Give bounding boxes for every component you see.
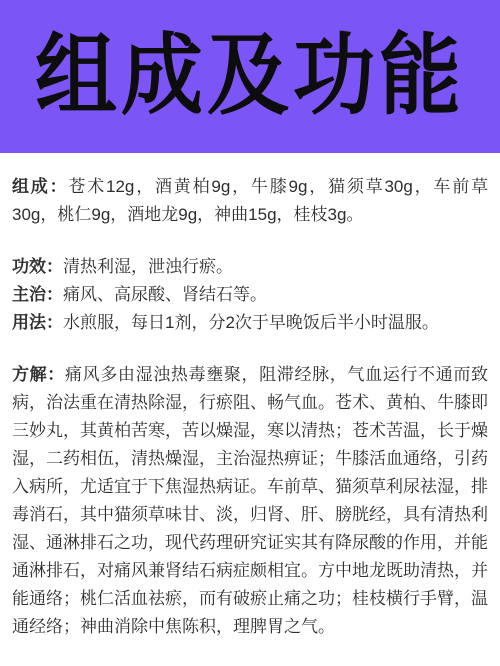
composition-label: 组成：: [12, 177, 68, 196]
content-area: 组成：苍术12g，酒黄柏9g，牛膝9g，猫须草30g，车前草30g，桃仁9g，酒…: [0, 153, 500, 641]
section-efficacy: 功效：清热利湿，泄浊行瘀。: [12, 253, 488, 281]
section-composition: 组成：苍术12g，酒黄柏9g，牛膝9g，猫须草30g，车前草30g，桃仁9g，酒…: [12, 173, 488, 229]
section-analysis: 方解：痛风多由湿浊热毒壅聚，阻滞经脉，气血运行不通而致病，治法重在清热除湿，行瘀…: [12, 361, 488, 641]
analysis-label: 方解：: [12, 365, 65, 384]
section-indications: 主治：痛风、高尿酸、肾结石等。: [12, 281, 488, 309]
indications-label: 主治：: [12, 285, 63, 304]
efficacy-label: 功效：: [12, 257, 63, 276]
indications-text: 痛风、高尿酸、肾结石等。: [63, 285, 267, 304]
header-banner: 组成及功能: [0, 0, 500, 153]
usage-label: 用法：: [12, 313, 63, 332]
section-usage: 用法：水煎服，每日1剂，分2次于早晚饭后半小时温服。: [12, 309, 488, 337]
analysis-text: 痛风多由湿浊热毒壅聚，阻滞经脉，气血运行不通而致病，治法重在清热除湿，行瘀阻、畅…: [12, 365, 488, 636]
efficacy-text: 清热利湿，泄浊行瘀。: [63, 257, 233, 276]
page-title: 组成及功能: [35, 32, 465, 121]
composition-text: 苍术12g，酒黄柏9g，牛膝9g，猫须草30g，车前草30g，桃仁9g，酒地龙9…: [12, 177, 488, 224]
infographic-page: 组成及功能 组成：苍术12g，酒黄柏9g，牛膝9g，猫须草30g，车前草30g，…: [0, 0, 500, 666]
usage-text: 水煎服，每日1剂，分2次于早晚饭后半小时温服。: [63, 313, 439, 332]
section-group-efficacy-usage: 功效：清热利湿，泄浊行瘀。 主治：痛风、高尿酸、肾结石等。 用法：水煎服，每日1…: [12, 253, 488, 337]
